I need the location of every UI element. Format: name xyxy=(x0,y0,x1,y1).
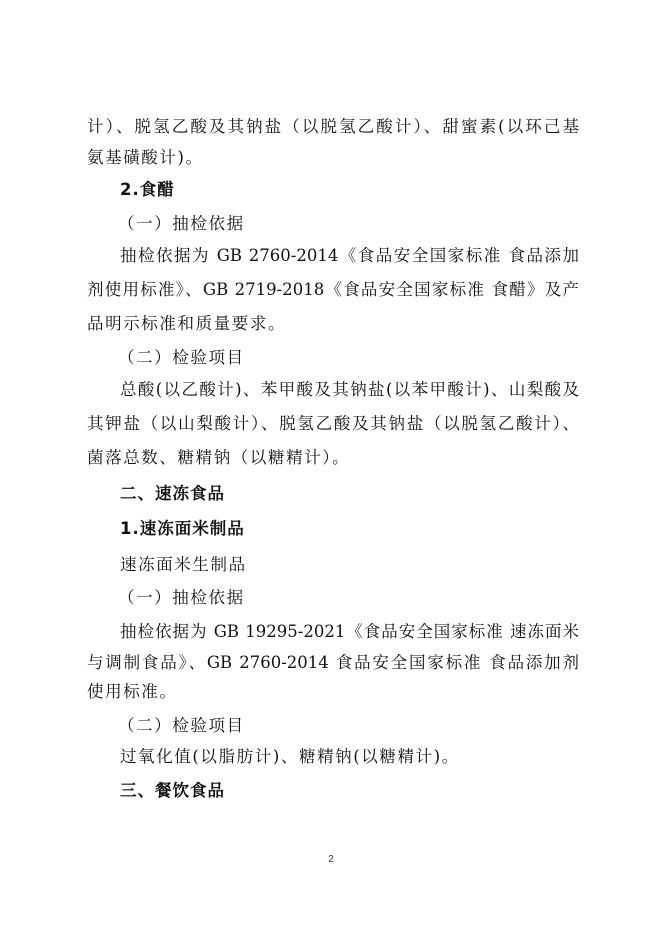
section-label-sampling-basis: （一）抽检依据 xyxy=(118,213,577,235)
heading-catering-food: 三、餐饮食品 xyxy=(120,780,579,802)
body-text-line: 过氧化值(以脂肪计)、糖精钠(以糖精计)。 xyxy=(120,746,579,768)
section-label-test-items: （二）检验项目 xyxy=(118,347,577,369)
body-text-line: 速冻面米生制品 xyxy=(120,554,579,576)
body-text-line: 抽检依据为 GB 2760-2014《食品安全国家标准 食品添加 xyxy=(120,245,579,267)
body-text-line: 计）、脱氢乙酸及其钠盐（以脱氢乙酸计）、甜蜜素(以环己基 xyxy=(87,116,579,138)
body-text-line: 使用标准。 xyxy=(87,681,579,703)
body-text-line: 与调制食品》、GB 2760-2014 食品安全国家标准 食品添加剂 xyxy=(87,652,579,674)
subheading-frozen-noodle-rice: 1.速冻面米制品 xyxy=(120,518,579,540)
body-text-line: 氨基磺酸计)。 xyxy=(87,147,579,169)
body-text-line: 剂使用标准》、GB 2719-2018《食品安全国家标准 食醋》及产 xyxy=(87,279,579,301)
page-number: 2 xyxy=(0,854,662,865)
section-label-sampling-basis: （一）抽检依据 xyxy=(118,587,577,609)
body-text-line: 品明示标准和质量要求。 xyxy=(87,313,579,335)
body-text-line: 菌落总数、糖精钠（以糖精计）。 xyxy=(87,447,579,469)
document-page: 计）、脱氢乙酸及其钠盐（以脱氢乙酸计）、甜蜜素(以环己基 氨基磺酸计)。 2.食… xyxy=(0,0,662,936)
body-text-line: 抽检依据为 GB 19295-2021《食品安全国家标准 速冻面米 xyxy=(120,621,579,643)
body-text-line: 其钾盐（以山梨酸计）、脱氢乙酸及其钠盐（以脱氢乙酸计）、 xyxy=(87,413,579,435)
body-text-line: 总酸(以乙酸计)、苯甲酸及其钠盐(以苯甲酸计)、山梨酸及 xyxy=(120,379,579,401)
section-label-test-items: （二）检验项目 xyxy=(118,715,577,737)
heading-frozen-food: 二、速冻食品 xyxy=(120,483,579,505)
subheading-vinegar: 2.食醋 xyxy=(120,179,579,201)
